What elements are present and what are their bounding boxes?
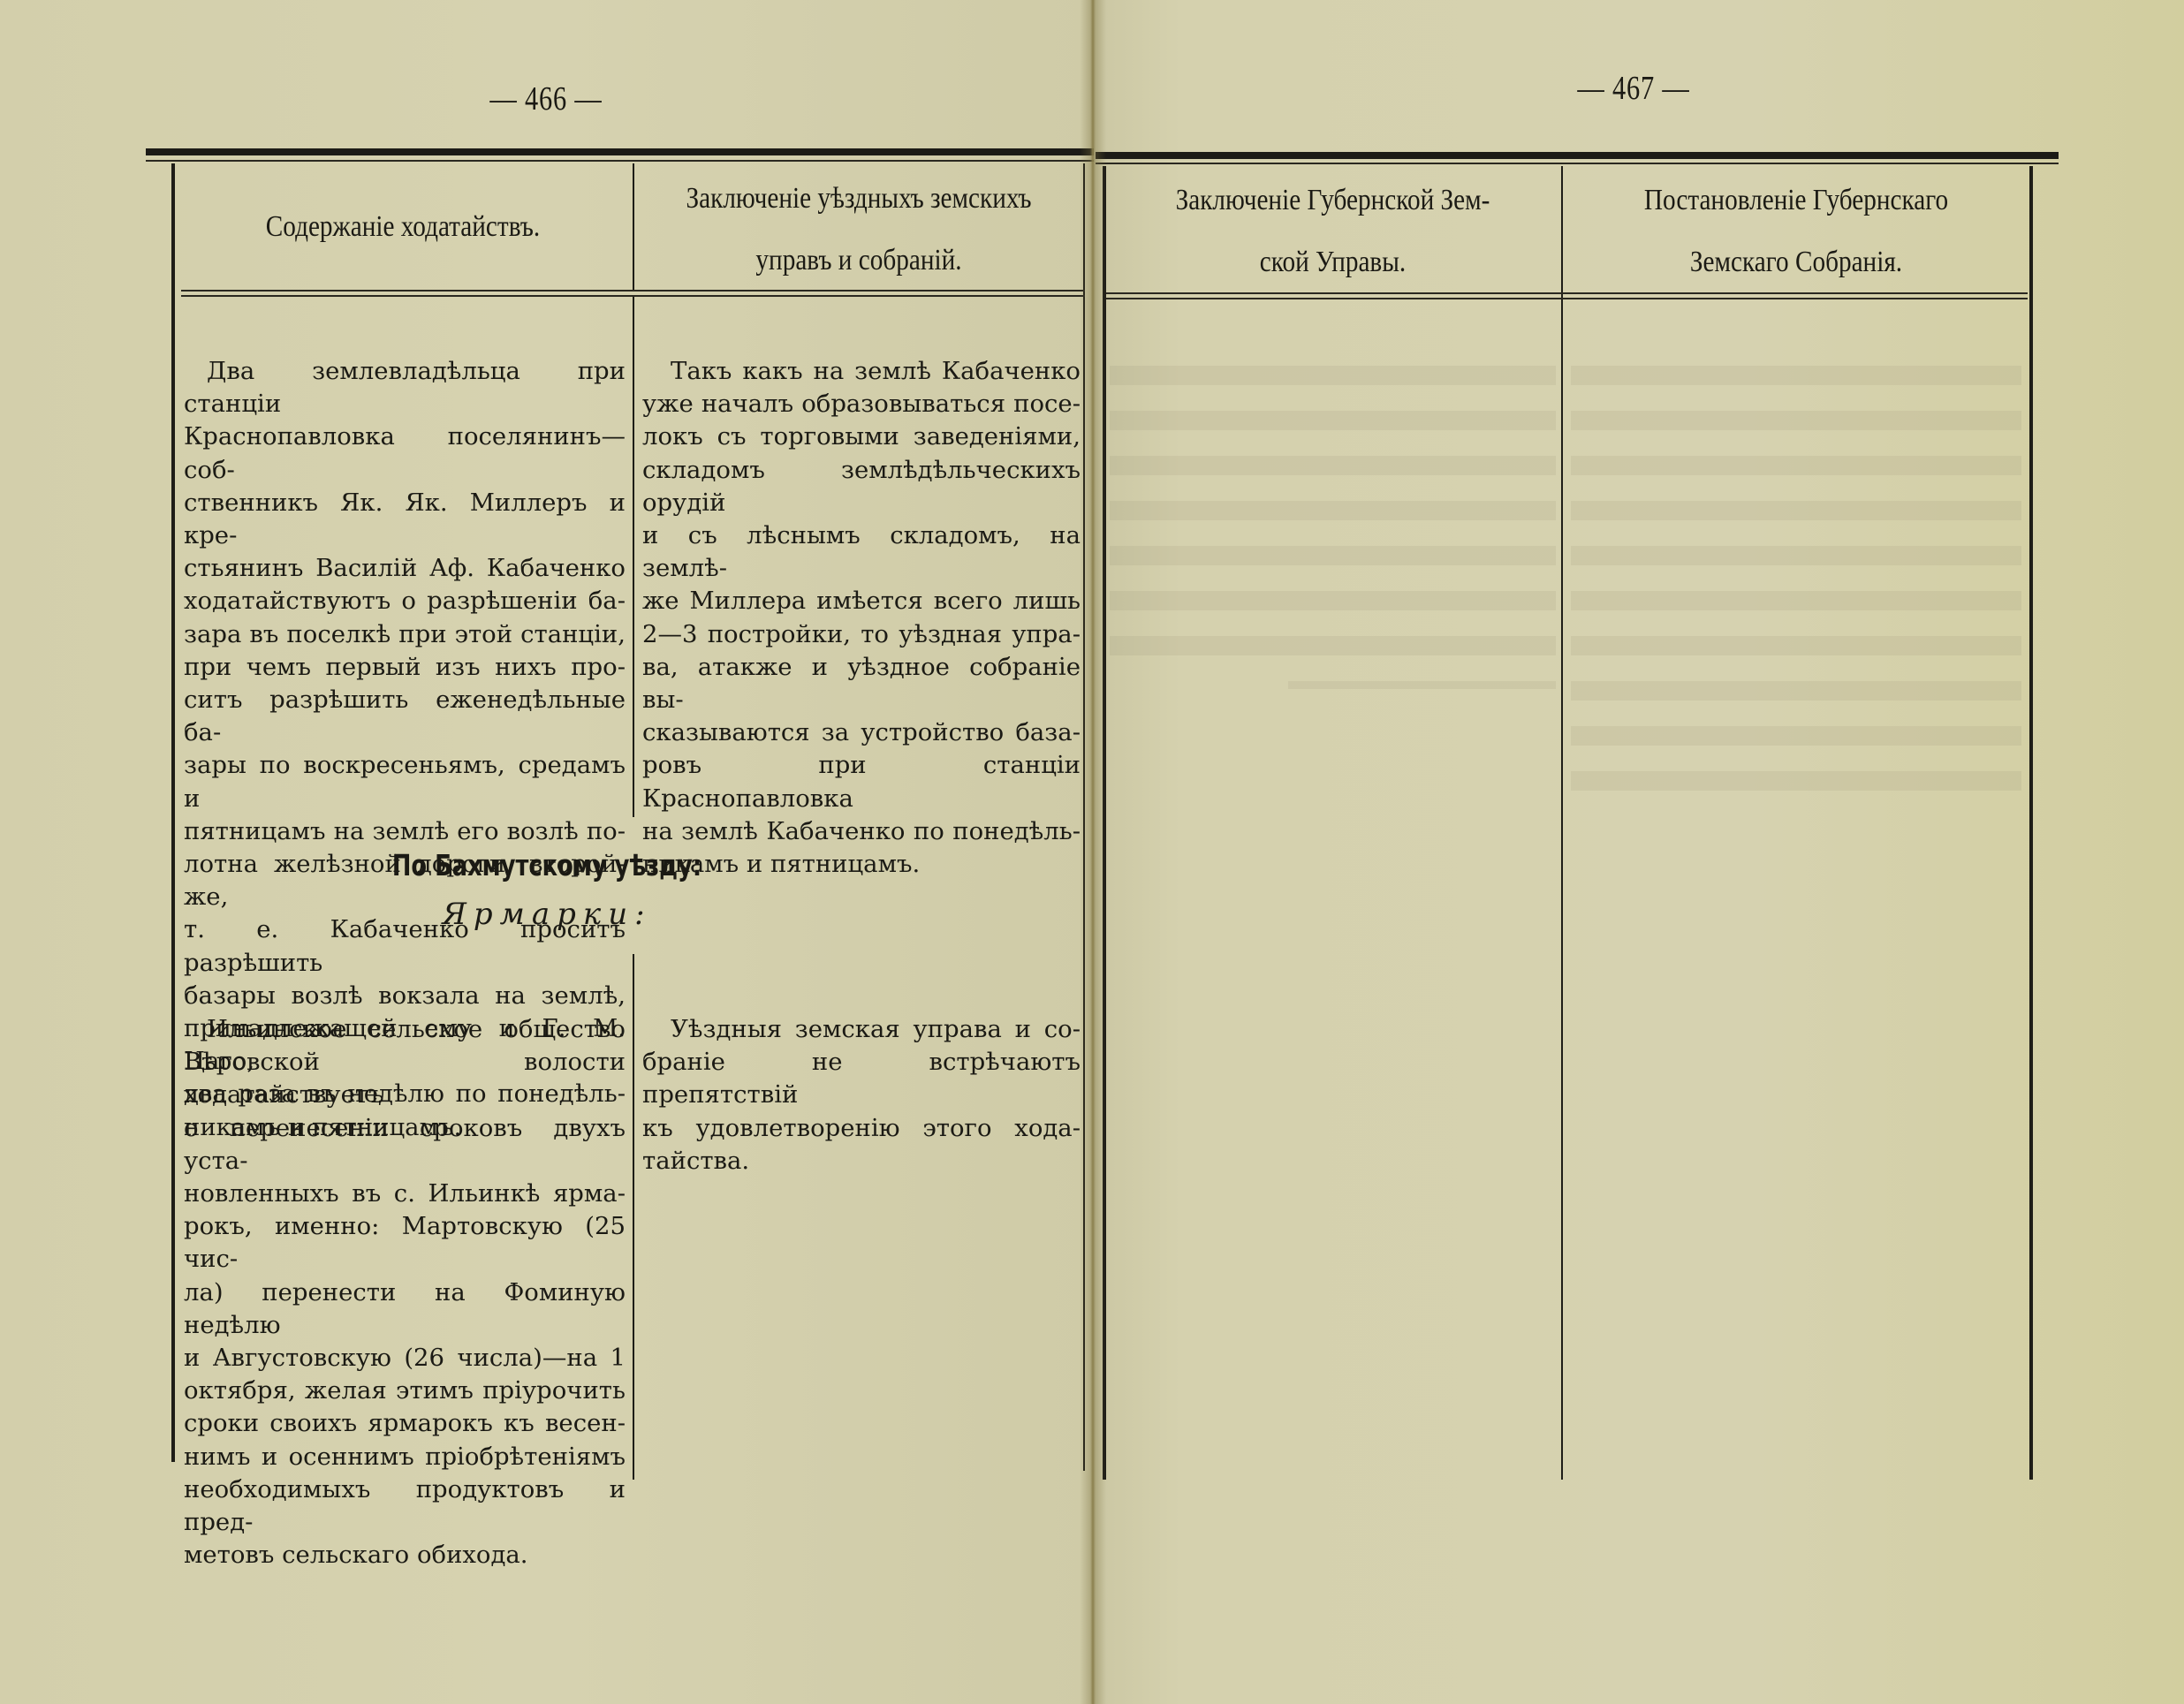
text-line: Такъ какъ на землѣ Кабаченко (642, 355, 1081, 388)
header-text-line: Заключеніе Губернской Зем- (1136, 170, 1529, 231)
text-line: локъ съ торговыми заведеніями, (642, 420, 1081, 453)
header-text-line: Земскаго Собранія. (1596, 231, 1997, 293)
header-text-line: управъ и собраній. (666, 230, 1052, 292)
book-spine-gutter (1080, 0, 1106, 1704)
text-line: ва, атакже и уѣздное собраніе вы- (642, 651, 1081, 716)
text-line: Краснопавловка поселянинъ—соб- (184, 420, 626, 486)
text-line: уже началъ образовываться посе- (642, 388, 1081, 420)
column-header-district-conclusion: Заключеніе уѣздныхъ земскихъ управъ и со… (666, 168, 1052, 292)
text-line: ственникъ Як. Як. Миллеръ и кре- (184, 487, 626, 552)
table-top-rule-thin (1096, 163, 2059, 164)
text-line: пятницамъ на землѣ его возлѣ по- (184, 815, 626, 848)
header-text: Содержаніе ходатайствъ. (266, 210, 540, 243)
column-divider (633, 163, 634, 290)
text-line: новленныхъ въ с. Ильинкѣ ярма- (184, 1178, 626, 1210)
text-line: базары возлѣ вокзала на землѣ, (184, 980, 626, 1012)
text-line: октября, желая этимъ пріурочить (184, 1375, 626, 1407)
text-line: же Миллера имѣется всего лишь (642, 585, 1081, 617)
header-text-line: ской Управы. (1136, 231, 1529, 293)
header-bottom-rule-2 (181, 295, 1085, 297)
text-line: при чемъ первый изъ нихъ про- (184, 651, 626, 684)
text-line: на землѣ Кабаченко по понедѣль- (642, 815, 1081, 848)
text-line: рокъ, именно: Мартовскую (25 чис- (184, 1210, 626, 1276)
text-line: сроки своихъ ярмарокъ къ весен- (184, 1407, 626, 1440)
text-line: Два землевладѣльца при станціи (184, 355, 626, 420)
left-page: — 466 — Содержаніе ходатайствъ. Заключен… (0, 0, 1094, 1704)
show-through-texture (1571, 353, 2021, 1343)
text-line: сказываются за устройство база- (642, 716, 1081, 749)
text-line: къ удовлетворенію этого хода- (642, 1112, 1081, 1145)
text-line: тайства. (642, 1145, 1081, 1178)
header-text-line: Заключеніе уѣздныхъ земскихъ (666, 168, 1052, 230)
text-line: о перенесеніи сроковъ двухъ уста- (184, 1112, 626, 1178)
text-line: зары по воскресеньямъ, средамъ и (184, 749, 626, 814)
text-line: зара въ поселкѣ при этой станціи, (184, 618, 626, 651)
text-line: складомъ землѣдѣльческихъ орудій (642, 454, 1081, 519)
table-top-rule (146, 148, 1094, 155)
text-line: ла) перенести на Фоминую недѣлю (184, 1276, 626, 1342)
text-line: ровъ при станціи Краснопавловка (642, 749, 1081, 814)
column-header-provincial-assembly-resolution: Постановленіе Губернскаго Земскаго Собра… (1596, 170, 1997, 293)
text-line: метовъ сельскаго обихода. (184, 1539, 626, 1571)
text-line: и Августовскую (26 числа)—на 1 (184, 1342, 626, 1375)
petition-entry: Ильинское сельское общество Вѣровской во… (184, 1013, 626, 1571)
text-line: стьянинъ Василій Аф. Кабаченко (184, 552, 626, 585)
district-conclusion-entry: Уѣздныя земская управа и со- браніе не в… (642, 1013, 1081, 1178)
text-line: нимъ и осеннимъ пріобрѣтеніямъ (184, 1441, 626, 1473)
district-conclusion-entry: Такъ какъ на землѣ Кабаченко уже началъ … (642, 355, 1081, 881)
header-bottom-rule-2 (1106, 298, 2028, 299)
text-line: необходимыхъ продуктовъ и пред- (184, 1473, 626, 1539)
text-line: Вѣровской волости ходатайствуетъ (184, 1046, 626, 1111)
show-through-texture (1110, 353, 1556, 689)
text-line: Уѣздныя земская управа и со- (642, 1013, 1081, 1046)
page-number-right: — 467 — (1549, 69, 1718, 108)
column-header-petitions: Содержаніе ходатайствъ. (205, 196, 600, 258)
right-page: — 467 — Заключеніе Губернской Зем- ской … (1094, 0, 2184, 1704)
text-line: браніе не встрѣчаютъ препятствій (642, 1046, 1081, 1111)
table-right-border (2029, 166, 2033, 1480)
column-header-provincial-board-conclusion: Заключеніе Губернской Зем- ской Управы. (1136, 170, 1529, 293)
text-line: ходатайствуютъ о разрѣшеніи ба- (184, 585, 626, 617)
table-top-rule (1096, 152, 2059, 159)
table-left-border (171, 163, 175, 1462)
column-divider (633, 954, 634, 1480)
header-text-line: Постановленіе Губернскаго (1596, 170, 1997, 231)
column-divider (633, 296, 634, 817)
text-line: Ильинское сельское общество (184, 1013, 626, 1046)
text-line: ситъ разрѣшить еженедѣльные ба- (184, 684, 626, 749)
text-line: и съ лѣснымъ складомъ, на землѣ- (642, 519, 1081, 585)
section-heading: По Бахмутскому уѣзду: (120, 848, 974, 882)
column-divider (1561, 166, 1563, 1480)
text-line: 2—3 постройки, то уѣздная упра- (642, 618, 1081, 651)
table-top-rule-thin (146, 160, 1094, 162)
section-subheading: Ярмарки: (0, 897, 1094, 932)
page-number-left: — 466 — (461, 80, 631, 118)
